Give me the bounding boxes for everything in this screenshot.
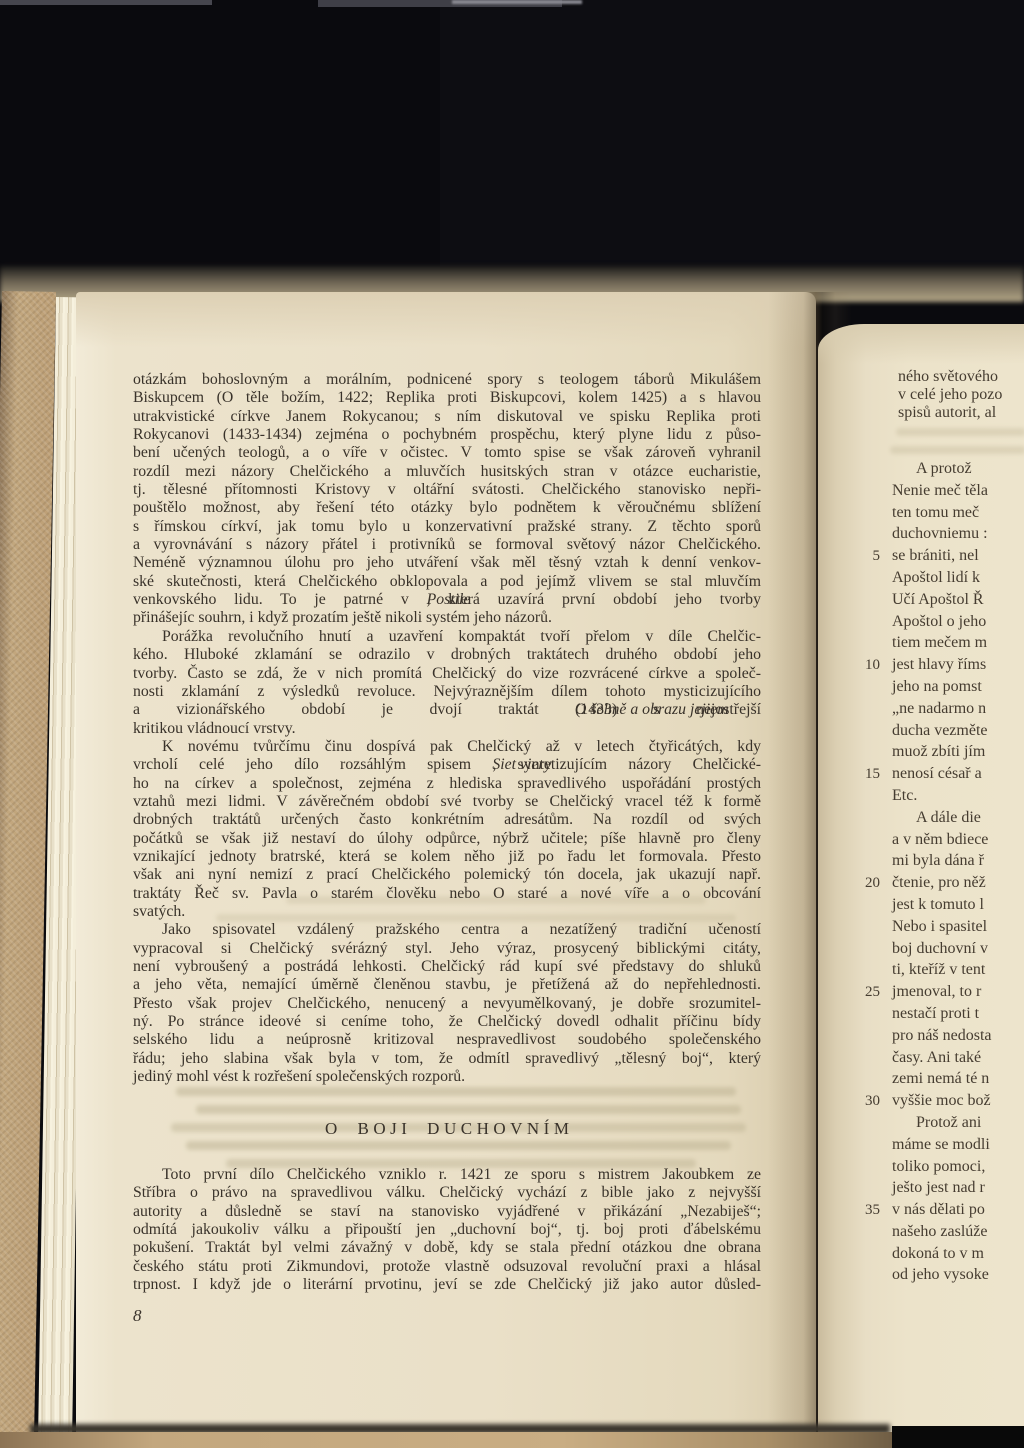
text-line: řádu; jeho slabina však byla v tom, že o… <box>133 1050 761 1068</box>
text-line: ný. Po stránce ideové si ceníme toho, že… <box>133 1013 761 1031</box>
text-line: a vyrovnávání s názory přátel i protivní… <box>133 536 761 554</box>
quote-text: toliko pomoci, <box>892 1158 985 1176</box>
quote-line: Protož ani <box>852 1114 992 1136</box>
quote-line: od jeho vysoke <box>852 1266 992 1288</box>
text-line: počátků se však již nestaví do úlohy odp… <box>133 830 761 848</box>
text-line: nosti zklamání z výsledků revoluce. Nejv… <box>133 683 761 701</box>
quote-text: Nebo i spasitel <box>892 918 987 936</box>
text-line: Biskupcem (O těle božím, 1422; Replika p… <box>133 389 761 407</box>
quote-text: ten tomu meč <box>892 504 979 522</box>
text-line: rozdíl mezi názory Chelčického a mluvčíc… <box>133 463 761 481</box>
quote-text: tiem mečem m <box>892 634 987 652</box>
quote-line: ti, kteříž v tent <box>852 961 992 983</box>
text-line: drobných traktátů určených často konkrét… <box>133 811 761 829</box>
text-line: trpnost. I když jde o literární prvotinu… <box>133 1276 761 1294</box>
text-line: ské skutečnosti, která Chelčického obklo… <box>133 573 761 591</box>
quote-line: Nebo i spasitel <box>852 918 992 940</box>
background-shade <box>440 0 1024 272</box>
quote-line: 35 v nás dělati po <box>852 1201 992 1223</box>
text-line: otázkám bohoslovným a morálním, podnicen… <box>133 371 761 389</box>
quote-text: duchovniemu : <box>892 525 988 543</box>
show-through-text <box>890 446 1024 454</box>
quote-line: zemi nemá té n <box>852 1070 992 1092</box>
section-text-column: Toto první dílo Chelčického vzniklo r. 1… <box>133 1166 761 1294</box>
show-through-text <box>176 1087 736 1096</box>
quote-text: jest hlavy říms <box>892 656 986 674</box>
text-line: vztahů mezi lidmi. V závěrečném období s… <box>133 793 761 811</box>
quote-line: pro náš nedosta <box>852 1027 992 1049</box>
text-line: jediný mohl vést k rozřešení společenský… <box>133 1068 761 1086</box>
page-number: 8 <box>133 1306 142 1326</box>
quote-text: A dále die <box>892 809 981 827</box>
quote-text: a v něm bdiece <box>892 831 988 849</box>
text-line: pokušení. Traktát byl velmi závažný v do… <box>133 1239 761 1257</box>
quote-line: toliko pomoci, <box>852 1158 992 1180</box>
line-number: 15 <box>852 766 880 783</box>
text-line: kého. Hluboké zklamání se odrazilo v dro… <box>133 646 761 664</box>
quote-line: Učí Apoštol Ř <box>852 591 992 613</box>
text-line: Stříbra o právo na spravedlivou válku. C… <box>133 1184 761 1202</box>
quote-text: čtenie, pro něž <box>892 874 986 892</box>
quote-text: Nenie meč těla <box>892 482 988 500</box>
quote-text: jeho na pomst <box>892 678 982 696</box>
text-line: však ani nyní nemizí z prací Chelčického… <box>133 866 761 884</box>
top-edge-glint <box>0 0 212 5</box>
quote-text: zemi nemá té n <box>892 1070 989 1088</box>
text-line: vznikající jednoty bratrské, která se ko… <box>133 848 761 866</box>
text-line: pouštělo možnost, aby řešení této otázky… <box>133 499 761 517</box>
show-through-text <box>196 1105 741 1114</box>
facing-page-intro: ného světového v celé jeho pozo spisů au… <box>898 368 1002 422</box>
quote-text: vyššie moc bož <box>892 1092 991 1110</box>
quote-text: jmenoval, to r <box>892 983 981 1001</box>
quote-text: dokoná to v m <box>892 1245 984 1263</box>
text-line: vrcholí celé jeho dílo rozsáhlým spisem … <box>133 756 761 774</box>
left-page: otázkám bohoslovným a morálním, podnicen… <box>76 292 816 1435</box>
text-line: ho na církev a společnost, zejména z hle… <box>133 775 761 793</box>
quote-text: od jeho vysoke <box>892 1266 989 1284</box>
line-number: 30 <box>852 1093 880 1110</box>
text-line: traktáty Řeč sv. Pavla o starém člověku … <box>133 885 761 903</box>
top-edge-glint <box>452 0 582 4</box>
text-line: tvorby. Často se zdá, že v nich promítá … <box>133 665 761 683</box>
quote-line: časy. Ani také <box>852 1049 992 1071</box>
text-line: svatých. <box>133 903 761 921</box>
quote-line: dokoná to v m <box>852 1245 992 1267</box>
quote-text: ješto jest nad r <box>892 1179 985 1197</box>
quote-text: ducha vezměte <box>892 722 988 740</box>
quote-text: A protož <box>892 460 972 478</box>
show-through-text <box>186 1141 731 1150</box>
quote-text: boj duchovní v <box>892 940 988 958</box>
quote-line: 5 se brániti, nel <box>852 547 992 569</box>
quote-line: ješto jest nad r <box>852 1179 992 1201</box>
quote-line: ten tomu meč <box>852 504 992 526</box>
text-line: ného světového <box>898 368 1002 386</box>
quote-text: nenosí césař a <box>892 765 982 783</box>
quote-line: 25 jmenoval, to r <box>852 983 992 1005</box>
quote-text: pro náš nedosta <box>892 1027 992 1045</box>
line-number: 5 <box>852 548 880 565</box>
text-line: a vizionářského období je dvojí traktát … <box>133 701 761 719</box>
quote-line: Apoštol o jeho <box>852 613 992 635</box>
quote-line: 10 jest hlavy říms <box>852 656 992 678</box>
quote-text: muož zbíti jím <box>892 743 985 761</box>
text-line: s římskou církví, jak tomu bylo u konzer… <box>133 518 761 536</box>
facing-page: ného světového v celé jeho pozo spisů au… <box>818 324 1024 1434</box>
quote-line: nestačí proti t <box>852 1005 992 1027</box>
quote-text: nestačí proti t <box>892 1005 979 1023</box>
line-number: 25 <box>852 984 880 1001</box>
line-number: 20 <box>852 875 880 892</box>
text-line: přinášejíc souhrn, i když prozatím ještě… <box>133 609 761 627</box>
quote-line: jeho na pomst <box>852 678 992 700</box>
show-through-text <box>896 428 1024 436</box>
text-line: K novému tvůrčímu činu dospívá pak Chelč… <box>133 738 761 756</box>
line-number: 10 <box>852 657 880 674</box>
quote-text: se brániti, nel <box>892 547 979 565</box>
quote-line: muož zbíti jím <box>852 743 992 765</box>
line-number: 35 <box>852 1202 880 1219</box>
text-line: a jeho věta, nemající úměrně členěnou st… <box>133 976 761 994</box>
text-line: není vybroušený a postrádá lehkosti. Che… <box>133 958 761 976</box>
text-line: v celé jeho pozo <box>898 386 1002 404</box>
book-bottom-edge <box>0 1432 1024 1448</box>
quote-text: „ne nadarmo n <box>892 700 986 718</box>
text-line: spisů autorit, al <box>898 404 1002 422</box>
quote-line: Nenie meč těla <box>852 482 992 504</box>
quote-line: A dále die <box>852 809 992 831</box>
quote-line: duchovniemu : <box>852 525 992 547</box>
text-line: Neméně významnou úlohu pro jeho utváření… <box>133 554 761 572</box>
quote-line: tiem mečem m <box>852 634 992 656</box>
quote-line: A protož <box>852 460 992 482</box>
quote-text: ti, kteříž v tent <box>892 961 985 979</box>
quote-line: jest k tomuto l <box>852 896 992 918</box>
quote-line: boj duchovní v <box>852 940 992 962</box>
text-line: Rokycanovi (1433-1434) zejména o pochybn… <box>133 426 761 444</box>
section-heading: O BOJI DUCHOVNÍM <box>133 1119 761 1139</box>
quote-text: našeho zaslúže <box>892 1223 988 1241</box>
quote-text: v nás dělati po <box>892 1201 985 1219</box>
text-line: venkovského lidu. To je patrné v Postile… <box>133 591 761 609</box>
quote-line: 20 čtenie, pro něž <box>852 874 992 896</box>
body-text-column: otázkám bohoslovným a morálním, podnicen… <box>133 371 761 1086</box>
quote-text: mi byla dána ř <box>892 852 984 870</box>
quote-line: Apoštol lidí k <box>852 569 992 591</box>
text-line: odmítá jakoukoliv válku a připouští jen … <box>133 1221 761 1239</box>
quote-line: 30 vyššie moc bož <box>852 1092 992 1114</box>
quote-line: našeho zaslúže <box>852 1223 992 1245</box>
quote-text: Učí Apoštol Ř <box>892 591 984 609</box>
quote-line: mi byla dána ř <box>852 852 992 874</box>
quote-line: „ne nadarmo n <box>852 700 992 722</box>
text-line: vypracoval si Chelčický svérázný styl. J… <box>133 940 761 958</box>
quote-line: 15 nenosí césař a <box>852 765 992 787</box>
text-line: autority a důsledně se staví na stanovis… <box>133 1203 761 1221</box>
text-line: Jako spisovatel vzdálený pražského centr… <box>133 921 761 939</box>
quote-line: Etc. <box>852 787 992 809</box>
quote-text: Apoštol o jeho <box>892 613 986 631</box>
quote-text: Apoštol lidí k <box>892 569 980 587</box>
quote-text: máme se modli <box>892 1136 990 1154</box>
text-line: selského lidu a neúprosně kritizoval nes… <box>133 1031 761 1049</box>
quote-text: časy. Ani také <box>892 1049 981 1067</box>
quote-line: ducha vezměte <box>852 722 992 744</box>
background-corner <box>892 1426 1024 1448</box>
quote-line: máme se modli <box>852 1136 992 1158</box>
text-line: Přesto však projev Chelčického, nenucený… <box>133 995 761 1013</box>
facing-page-quote: A protož Nenie meč těla ten tomu meč duc… <box>852 460 992 1288</box>
text-line: kritikou vládnoucí vrstvy. <box>133 720 761 738</box>
text-line: českého státu proti Zikmundovi, protože … <box>133 1258 761 1276</box>
text-line: tj. tělesné přítomnosti Kristovy v oltář… <box>133 481 761 499</box>
text-line: utrakvistické církve Janem Rokycanou; s … <box>133 408 761 426</box>
text-line: bení učených teologů, a o víře v očistec… <box>133 444 761 462</box>
quote-text: Protož ani <box>892 1114 981 1132</box>
quote-text: Etc. <box>892 787 917 805</box>
quote-line: a v něm bdiece <box>852 831 992 853</box>
quote-text: jest k tomuto l <box>892 896 984 914</box>
text-line: Toto první dílo Chelčického vzniklo r. 1… <box>133 1166 761 1184</box>
book-scan: otázkám bohoslovným a morálním, podnicen… <box>0 0 1024 1448</box>
text-line: Porážka revolučního hnutí a uzavření kom… <box>133 628 761 646</box>
